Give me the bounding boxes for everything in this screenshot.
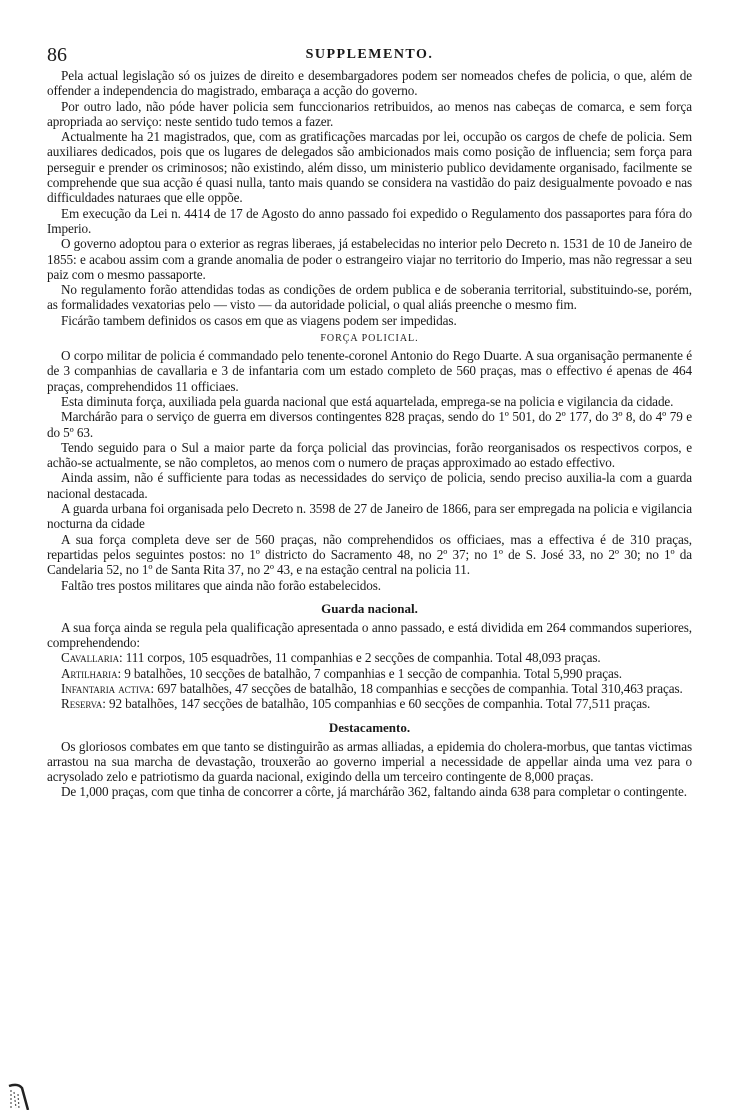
guarda-nacional-section: Guarda nacional. A sua força ainda se re…	[47, 601, 692, 712]
page-header: 86 SUPPLEMENTO.	[47, 44, 692, 68]
item-text: : 697 batalhões, 47 secções de batalhão,…	[150, 681, 682, 696]
paragraph: Marchárão para o serviço de guerra em di…	[47, 409, 692, 440]
item-text: : 92 batalhões, 147 secções de batalhão,…	[102, 696, 650, 711]
list-item: Reserva: 92 batalhões, 147 secções de ba…	[47, 696, 692, 711]
paragraph: Actualmente ha 21 magistrados, que, com …	[47, 129, 692, 205]
list-item: Infantaria activa: 697 batalhões, 47 sec…	[47, 681, 692, 696]
list-item: Artilharia: 9 batalhões, 10 secções de b…	[47, 666, 692, 681]
paragraph: Os gloriosos combates em que tanto se di…	[47, 739, 692, 785]
paragraph: A guarda urbana foi organisada pelo Decr…	[47, 501, 692, 532]
paragraph: O corpo militar de policia é commandado …	[47, 348, 692, 394]
item-label: Reserva	[61, 696, 102, 711]
paragraph: Tendo seguido para o Sul a maior parte d…	[47, 440, 692, 471]
destacamento-section: Destacamento. Os gloriosos combates em q…	[47, 720, 692, 800]
paragraph: Esta diminuta força, auxiliada pela guar…	[47, 394, 692, 409]
paragraph: Por outro lado, não póde haver policia s…	[47, 99, 692, 130]
item-text: : 9 batalhões, 10 secções de batalhão, 7…	[117, 666, 621, 681]
paragraph: Faltão tres postos militares que ainda n…	[47, 578, 692, 593]
list-item: Cavallaria: 111 corpos, 105 esquadrões, …	[47, 650, 692, 665]
paragraph: Ainda assim, não é sufficiente para toda…	[47, 470, 692, 501]
paragraph: Pela actual legislação só os juizes de d…	[47, 68, 692, 99]
paragraph: De 1,000 praças, com que tinha de concor…	[47, 784, 692, 799]
paragraph: No regulamento forão attendidas todas as…	[47, 282, 692, 313]
section-heading: Destacamento.	[47, 720, 692, 735]
item-label: Infantaria activa	[61, 681, 150, 696]
document-page: 86 SUPPLEMENTO. Pela actual legislação s…	[47, 44, 692, 800]
item-text: : 111 corpos, 105 esquadrões, 11 companh…	[119, 650, 601, 665]
forca-policial-section: FORÇA POLICIAL. O corpo militar de polic…	[47, 333, 692, 593]
running-title: SUPPLEMENTO.	[47, 47, 692, 63]
page-corner-scan-artifact-icon	[8, 1080, 30, 1110]
item-label: Cavallaria	[61, 650, 119, 665]
item-label: Artilharia	[61, 666, 117, 681]
paragraph: Em execução da Lei n. 4414 de 17 de Agos…	[47, 206, 692, 237]
paragraph: Ficárão tambem definidos os casos em que…	[47, 313, 692, 328]
paragraph: A sua força completa deve ser de 560 pra…	[47, 532, 692, 578]
paragraph: A sua força ainda se regula pela qualifi…	[47, 620, 692, 651]
intro-section: Pela actual legislação só os juizes de d…	[47, 68, 692, 328]
section-heading: FORÇA POLICIAL.	[47, 333, 692, 345]
paragraph: O governo adoptou para o exterior as reg…	[47, 236, 692, 282]
section-heading: Guarda nacional.	[47, 601, 692, 616]
